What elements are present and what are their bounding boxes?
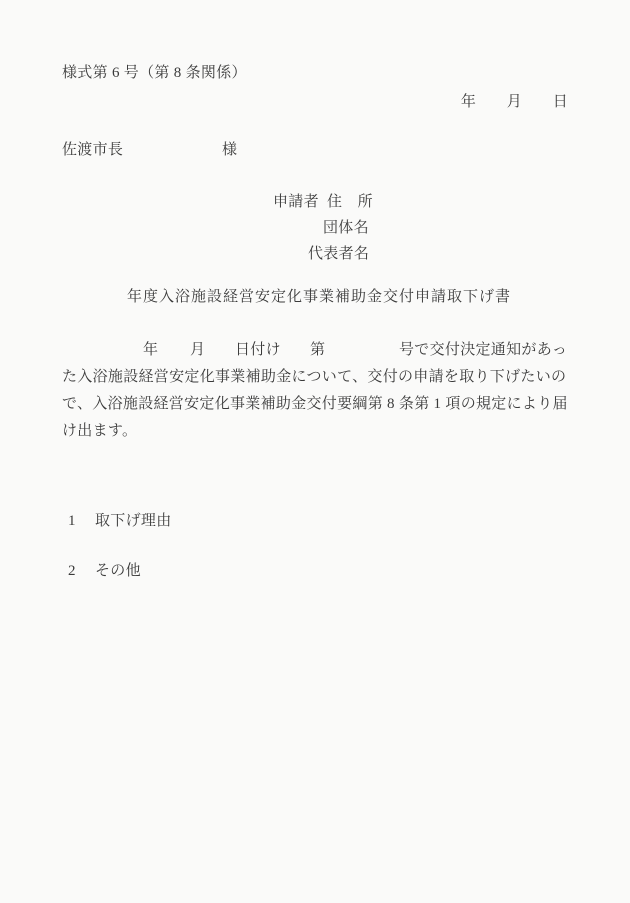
- organization-label: 団体名: [323, 218, 369, 238]
- representative-label: 代表者名: [308, 244, 369, 264]
- body-line-1: 年 月 日付け 第 号で交付決定通知があっ: [0, 340, 630, 360]
- document-title: 年度入浴施設経営安定化事業補助金交付申請取下げ書: [127, 287, 511, 307]
- body-year-blank: 年: [143, 340, 158, 360]
- list-item-number: 1: [68, 511, 76, 531]
- body-line-4: け出ます。: [62, 421, 137, 441]
- addressee-line: 佐渡市長 様: [0, 140, 630, 160]
- date-blank-line: 年 月 日: [0, 92, 568, 112]
- addressee-honorific: 様: [222, 140, 237, 160]
- body-line-1-rest: 号で交付決定通知があっ: [399, 340, 567, 360]
- body-day-suffix: 日付け: [235, 340, 281, 360]
- list-item-label: その他: [95, 561, 141, 581]
- body-month-blank: 月: [190, 340, 205, 360]
- applicant-label: 申請者: [273, 192, 319, 212]
- body-line-2: た入浴施設経営安定化事業補助金について、交付の申請を取り下げたいの: [62, 367, 566, 387]
- list-item-reason: 1 取下げ理由: [0, 511, 630, 531]
- body-line-3: で、入浴施設経営安定化事業補助金交付要綱第 8 条第 1 項の規定により届: [62, 394, 568, 414]
- list-item-other: 2 その他: [0, 561, 630, 581]
- list-item-label: 取下げ理由: [95, 511, 172, 531]
- address-label: 住 所: [327, 192, 373, 212]
- addressee-name: 佐渡市長: [62, 140, 123, 160]
- form-number: 様式第 6 号（第 8 条関係）: [62, 63, 247, 83]
- document-page: 様式第 6 号（第 8 条関係） 年 月 日 佐渡市長 様 申請者 住 所 団体…: [0, 0, 630, 903]
- list-item-number: 2: [68, 561, 76, 581]
- applicant-address-line: 申請者 住 所: [0, 192, 630, 212]
- body-number-prefix: 第: [310, 340, 325, 360]
